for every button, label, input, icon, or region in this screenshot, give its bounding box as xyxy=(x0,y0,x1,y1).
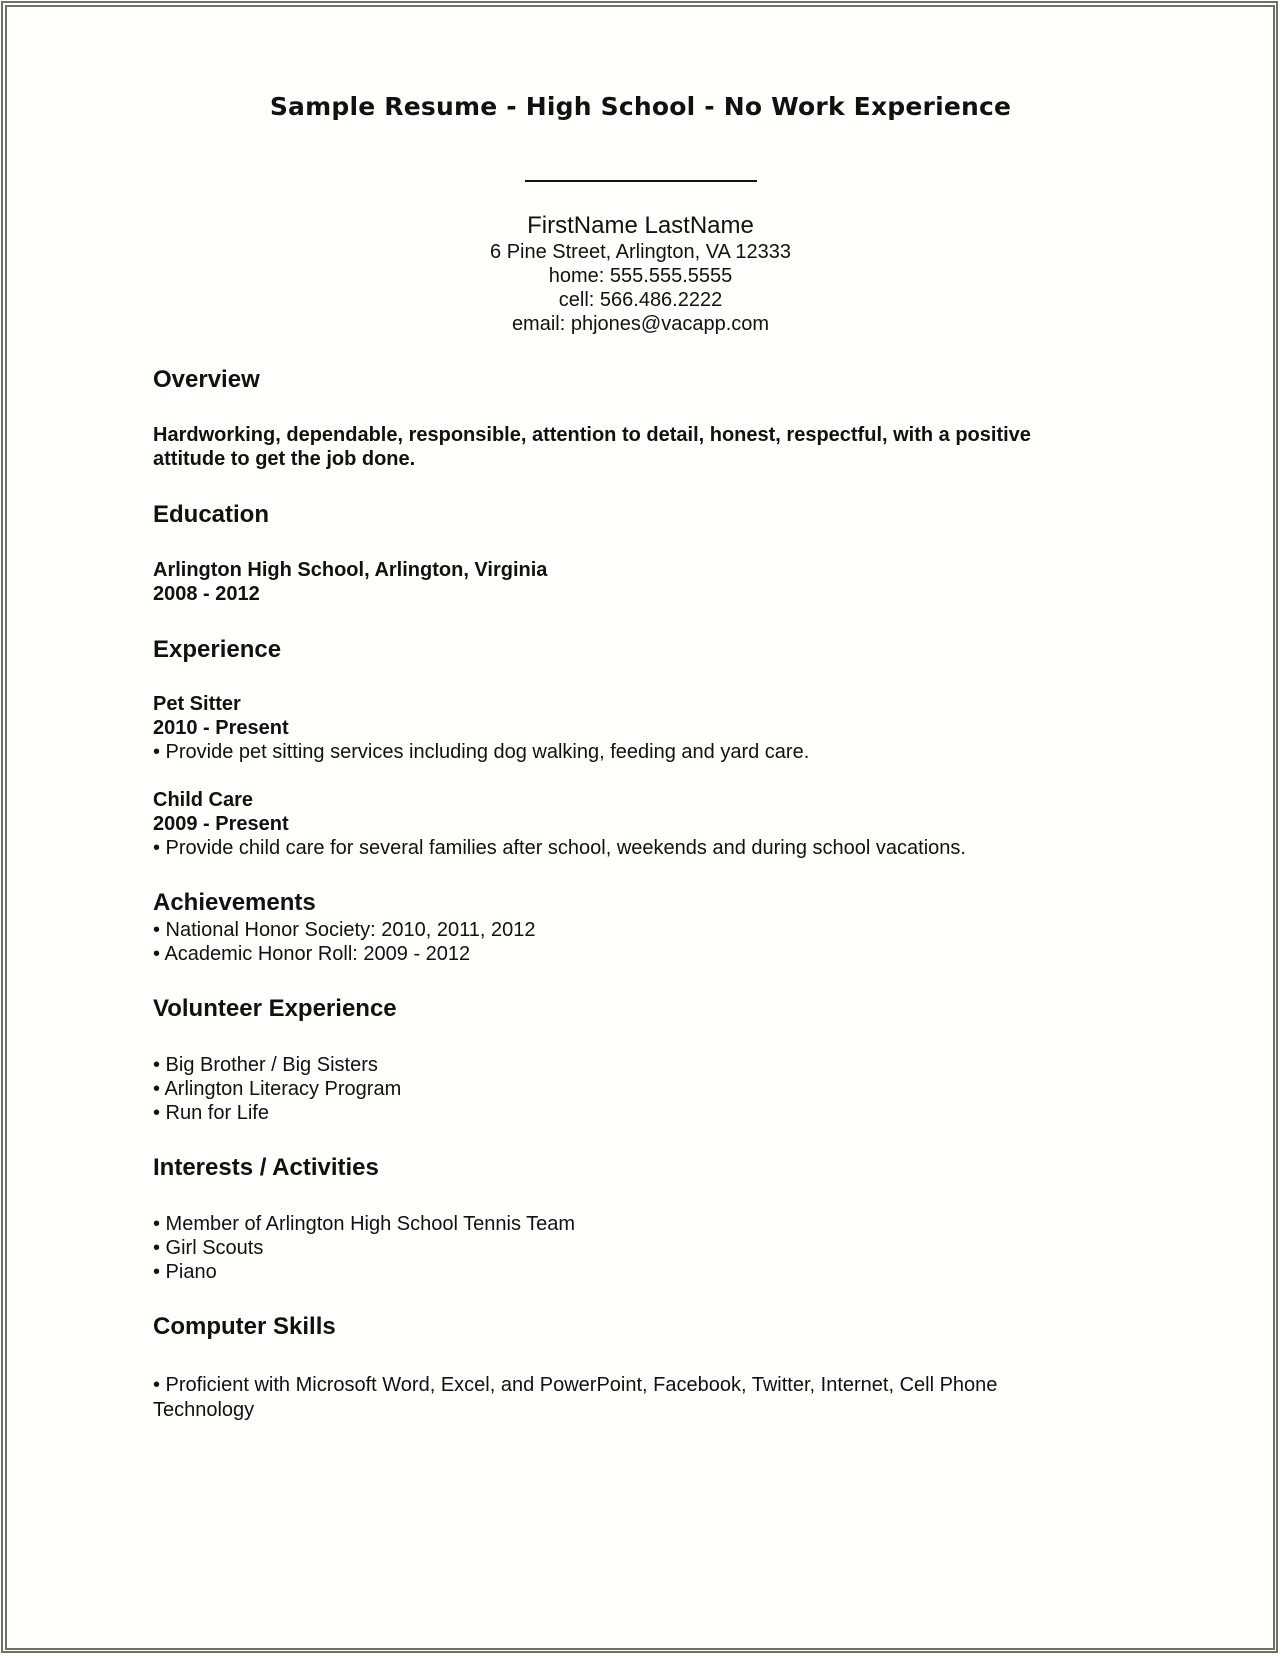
job-dates: 2009 - Present xyxy=(153,813,289,836)
interests-heading: Interests / Activities xyxy=(153,1154,379,1182)
contact-home-phone: home: 555.555.5555 xyxy=(0,265,1281,288)
skills-text-line-2: Technology xyxy=(153,1399,254,1422)
overview-text-line-1: Hardworking, dependable, responsible, at… xyxy=(153,424,1031,447)
contact-email: email: phjones@vacapp.com xyxy=(0,313,1281,336)
signature-rule xyxy=(525,180,757,182)
education-school: Arlington High School, Arlington, Virgin… xyxy=(153,559,547,582)
job-title: Child Care xyxy=(153,789,253,812)
job-bullet: • Provide child care for several familie… xyxy=(153,837,966,860)
achievements-heading: Achievements xyxy=(153,889,316,917)
resume-document: Sample Resume - High School - No Work Ex… xyxy=(0,0,1281,1656)
overview-heading: Overview xyxy=(153,366,260,394)
job-title: Pet Sitter xyxy=(153,693,241,716)
achievement-item: • National Honor Society: 2010, 2011, 20… xyxy=(153,919,535,942)
interest-item: • Member of Arlington High School Tennis… xyxy=(153,1213,575,1236)
education-years: 2008 - 2012 xyxy=(153,583,260,606)
volunteer-heading: Volunteer Experience xyxy=(153,995,397,1023)
contact-name: FirstName LastName xyxy=(0,212,1281,240)
overview-text-line-2: attitude to get the job done. xyxy=(153,448,415,471)
experience-heading: Experience xyxy=(153,636,281,664)
interest-item: • Girl Scouts xyxy=(153,1237,263,1260)
education-heading: Education xyxy=(153,501,269,529)
volunteer-item: • Run for Life xyxy=(153,1102,269,1125)
volunteer-item: • Big Brother / Big Sisters xyxy=(153,1054,378,1077)
interest-item: • Piano xyxy=(153,1261,217,1284)
job-bullet: • Provide pet sitting services including… xyxy=(153,741,809,764)
skills-text-line-1: • Proficient with Microsoft Word, Excel,… xyxy=(153,1374,997,1397)
job-dates: 2010 - Present xyxy=(153,717,289,740)
skills-heading: Computer Skills xyxy=(153,1313,336,1341)
volunteer-item: • Arlington Literacy Program xyxy=(153,1078,401,1101)
contact-cell-phone: cell: 566.486.2222 xyxy=(0,289,1281,312)
document-title: Sample Resume - High School - No Work Ex… xyxy=(0,92,1281,121)
contact-address: 6 Pine Street, Arlington, VA 12333 xyxy=(0,241,1281,264)
achievement-item: • Academic Honor Roll: 2009 - 2012 xyxy=(153,943,470,966)
